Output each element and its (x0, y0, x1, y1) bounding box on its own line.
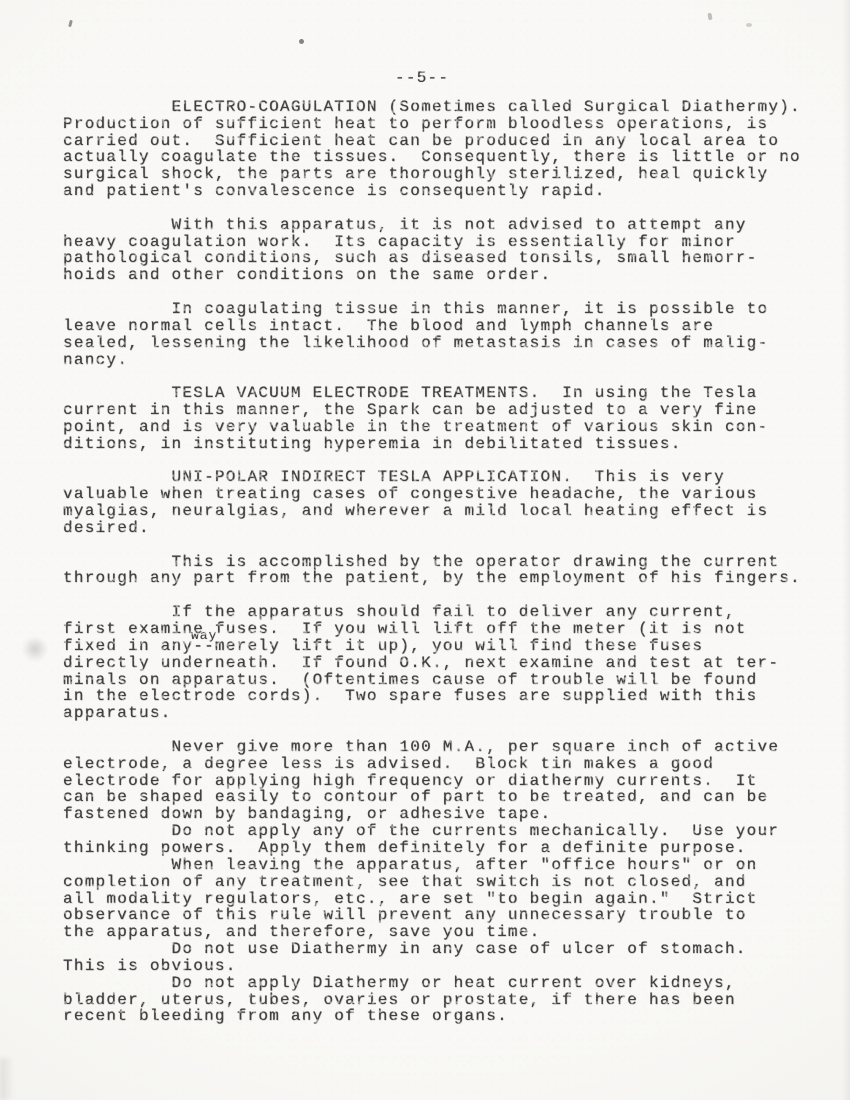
paragraph-apparatus-caution: With this apparatus, it is not advised t… (63, 217, 850, 284)
paragraph-organ-bleeding-warning: Do not apply Diathermy or heat current o… (63, 975, 850, 1026)
paragraph-operator-fingers: This is accomplished by the operator dra… (63, 554, 850, 588)
paragraph-electrode-limits: Never give more than 100 M.A., per squar… (63, 739, 850, 823)
paragraph-tesla-vacuum-treatments: TESLA VACUUM ELECTRODE TREATMENTS. In us… (63, 385, 850, 452)
paragraph-fuses-troubleshooting: If the apparatus should fail to deliver … (63, 604, 850, 722)
paragraph-coagulating-tissue: In coagulating tissue in this manner, it… (63, 301, 850, 368)
paragraph-unipolar-tesla: UNI-POLAR INDIRECT TESLA APPLICATION. Th… (63, 469, 850, 536)
scan-speck (299, 39, 304, 44)
page-number: --5-- (395, 70, 850, 87)
paragraph-electro-coagulation: ELECTRO-COAGULATION (Sometimes called Su… (63, 99, 850, 200)
scan-speck (707, 13, 712, 21)
paragraph-leaving-apparatus: When leaving the apparatus, after "offic… (63, 857, 850, 941)
scan-edge-shade (0, 1058, 14, 1100)
text-layer: --5-- ELECTRO-COAGULATION (Sometimes cal… (63, 70, 850, 1025)
paragraph-thinking-powers: Do not apply any of the currents mechani… (63, 823, 850, 857)
paragraph-ulcer-warning: Do not use Diathermy in any case of ulce… (63, 941, 850, 975)
inserted-word-way: way (191, 629, 217, 642)
document-page: --5-- ELECTRO-COAGULATION (Sometimes cal… (0, 0, 850, 1100)
scan-smudge (22, 636, 48, 662)
scan-speck (746, 23, 752, 27)
scan-speck (68, 20, 73, 28)
